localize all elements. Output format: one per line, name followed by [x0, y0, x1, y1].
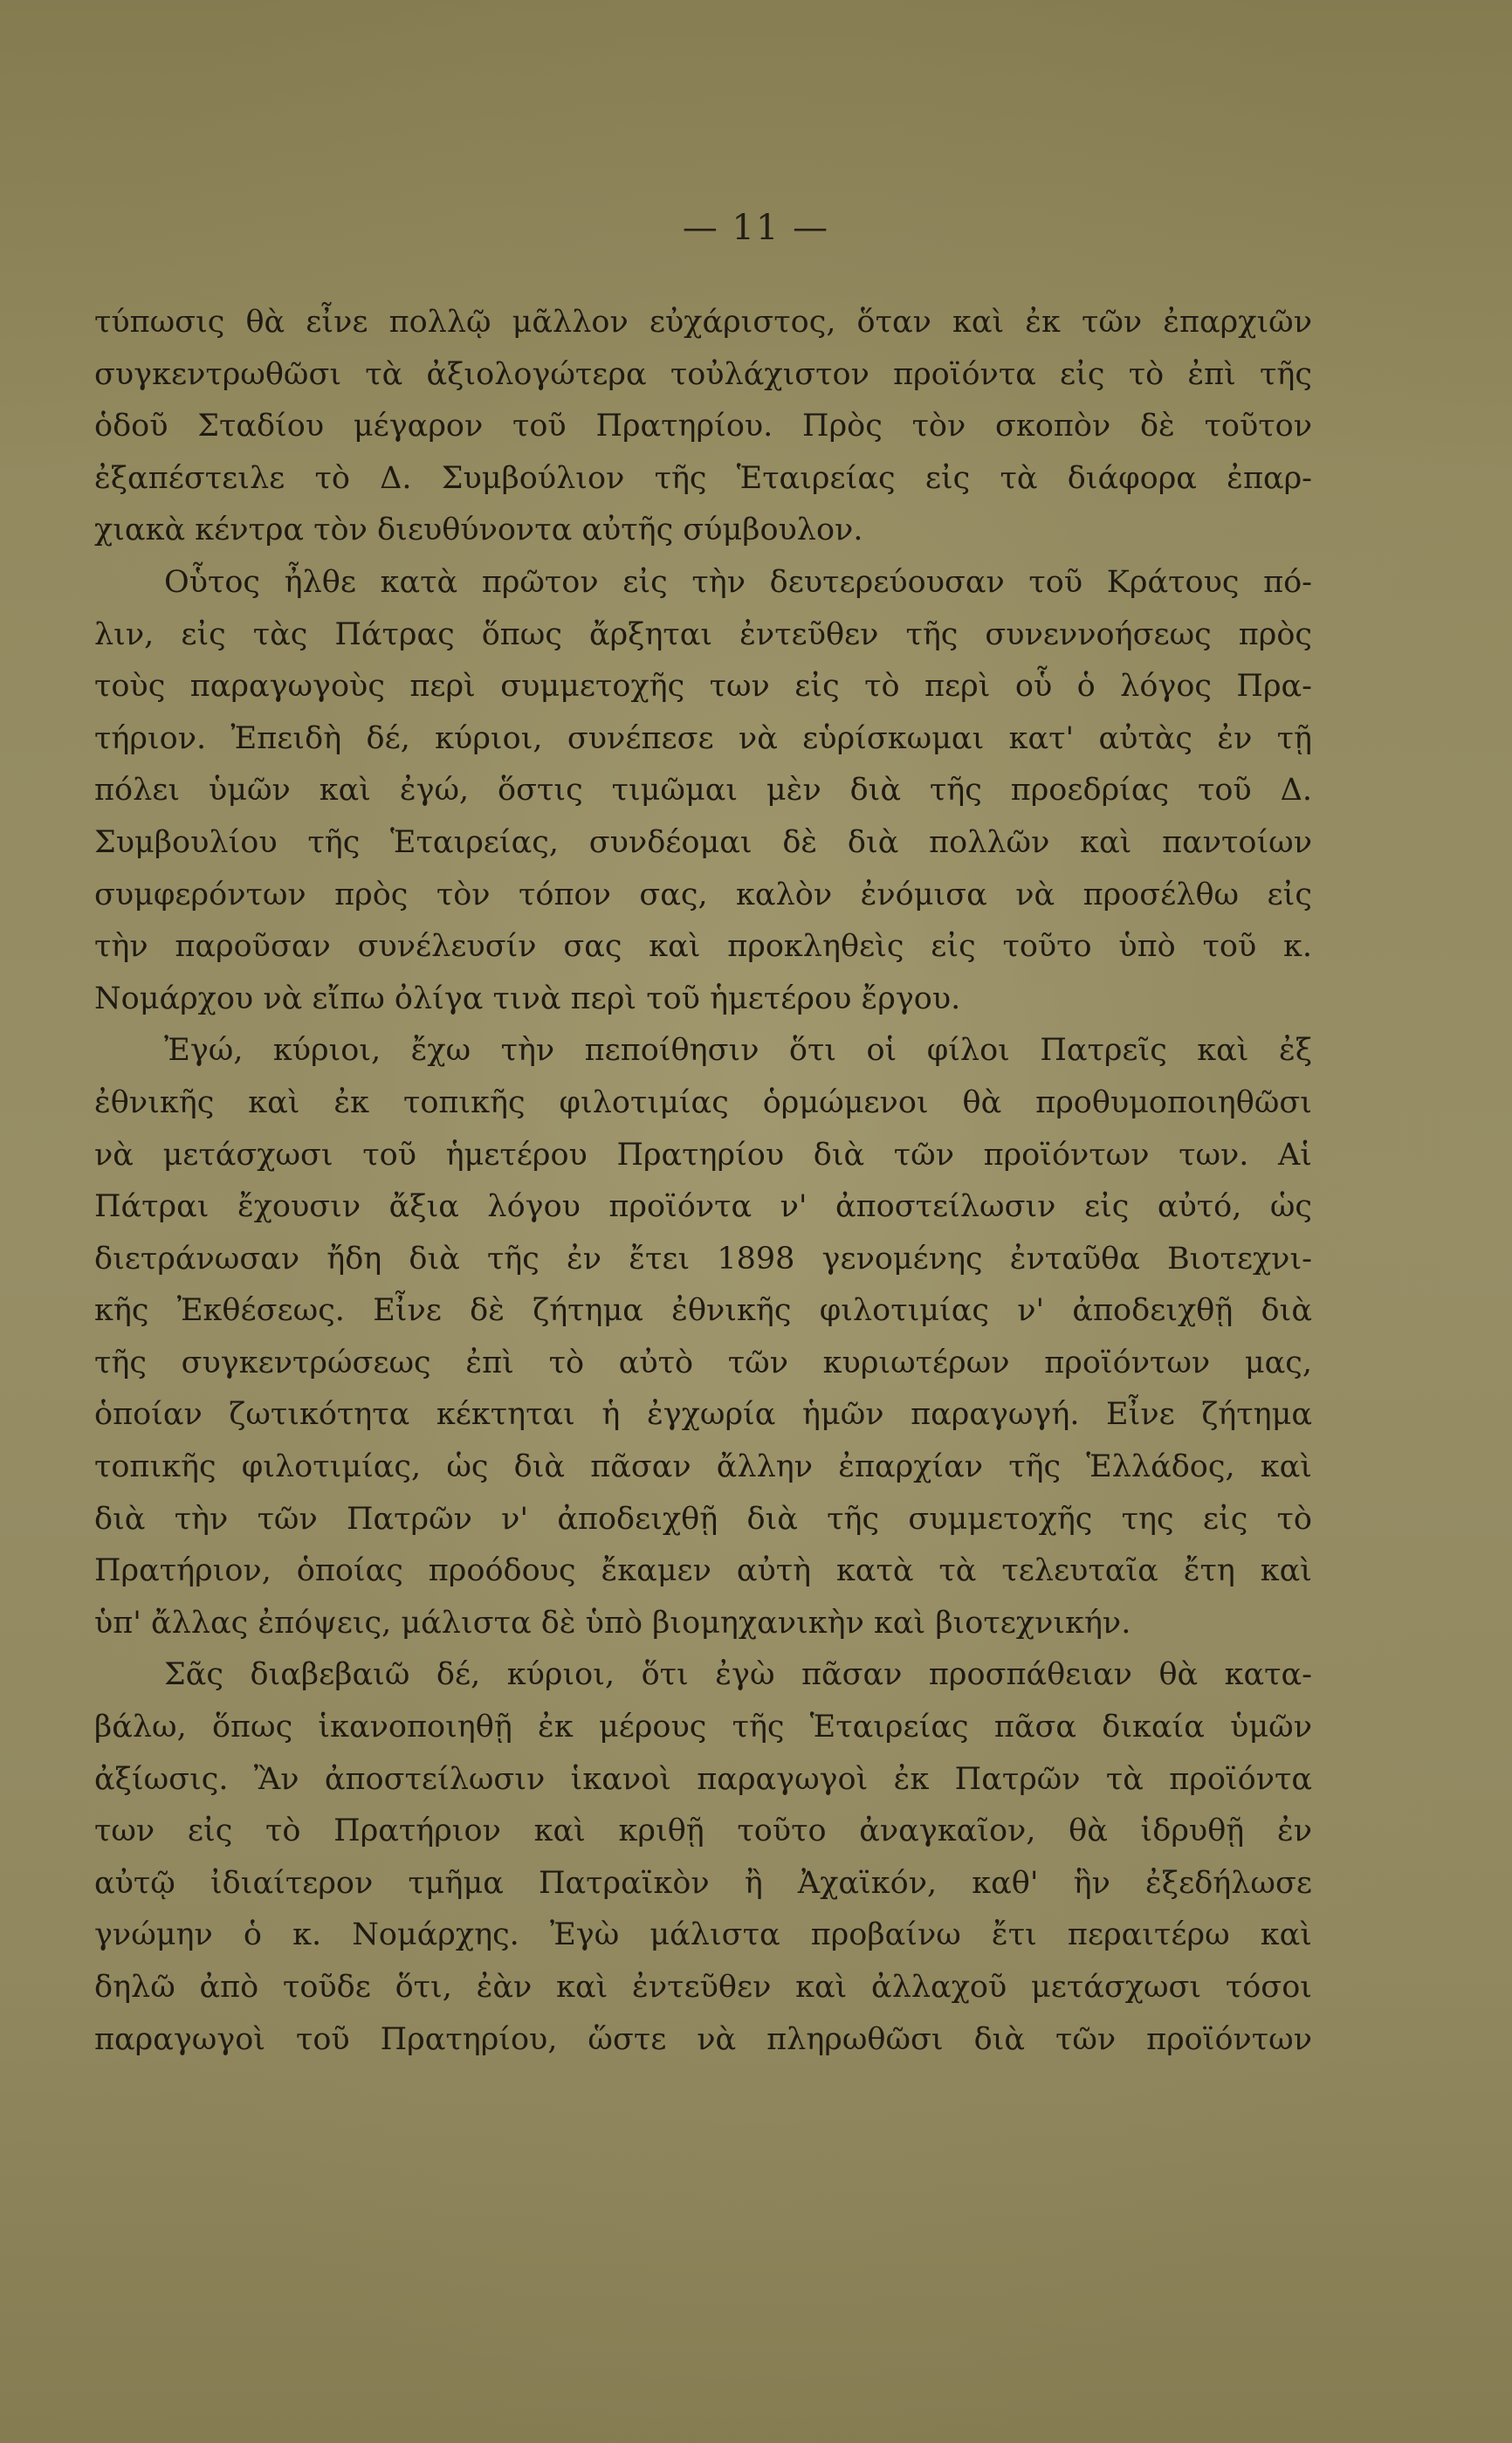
- text-line: ὁδοῦ Σταδίου μέγαρον τοῦ Πρατηρίου. Πρὸς…: [94, 401, 1312, 453]
- text-line: ἀξίωσις. Ἂν ἀποστείλωσιν ἱκανοὶ παραγωγο…: [94, 1754, 1312, 1806]
- text-line: τῆς συγκεντρώσεως ἐπὶ τὸ αὐτὸ τῶν κυριωτ…: [94, 1338, 1312, 1390]
- text-line: Σᾶς διαβεβαιῶ δέ, κύριοι, ὅτι ἐγὼ πᾶσαν …: [94, 1649, 1312, 1702]
- text-line: λιν, εἰς τὰς Πάτρας ὅπως ἄρξηται ἐντεῦθε…: [94, 609, 1312, 662]
- paragraph-3: Ἐγώ, κύριοι, ἔχω τὴν πεποίθησιν ὅτι οἱ φ…: [94, 1025, 1312, 1649]
- text-line: παραγωγοὶ τοῦ Πρατηρίου, ὥστε νὰ πληρωθῶ…: [94, 2014, 1312, 2067]
- text-line: τύπωσις θὰ εἶνε πολλῷ μᾶλλον εὐχάριστος,…: [94, 297, 1312, 349]
- text-line: συγκεντρωθῶσι τὰ ἀξιολογώτερα τοὐλάχιστο…: [94, 349, 1312, 402]
- text-line: γνώμην ὁ κ. Νομάρχης. Ἐγὼ μάλιστα προβαί…: [94, 1910, 1312, 1962]
- text-line: Ἐγώ, κύριοι, ἔχω τὴν πεποίθησιν ὅτι οἱ φ…: [94, 1025, 1312, 1077]
- text-line: Πρατήριον, ὁποίας προόδους ἔκαμεν αὐτὴ κ…: [94, 1545, 1312, 1598]
- text-line: κῆς Ἐκθέσεως. Εἶνε δὲ ζήτημα ἐθνικῆς φιλ…: [94, 1285, 1312, 1338]
- text-line: ἐθνικῆς καὶ ἐκ τοπικῆς φιλοτιμίας ὁρμώμε…: [94, 1077, 1312, 1130]
- text-line: ὁποίαν ζωτικότητα κέκτηται ἡ ἐγχωρία ἡμῶ…: [94, 1389, 1312, 1442]
- text-line: νὰ μετάσχωσι τοῦ ἡμετέρου Πρατηρίου διὰ …: [94, 1130, 1312, 1182]
- text-line: πόλει ὑμῶν καὶ ἐγώ, ὅστις τιμῶμαι μὲν δι…: [94, 765, 1312, 817]
- text-line: Συμβουλίου τῆς Ἑταιρείας, συνδέομαι δὲ δ…: [94, 817, 1312, 870]
- text-line: τήριον. Ἐπειδὴ δέ, κύριοι, συνέπεσε νὰ ε…: [94, 713, 1312, 766]
- text-line: τοὺς παραγωγοὺς περὶ συμμετοχῆς των εἰς …: [94, 661, 1312, 713]
- text-line: των εἰς τὸ Πρατήριον καὶ κριθῇ τοῦτο ἀνα…: [94, 1806, 1312, 1858]
- scanned-page: — 11 — τύπωσις θὰ εἶνε πολλῷ μᾶλλον εὐχά…: [0, 0, 1512, 2443]
- text-line: ἐξαπέστειλε τὸ Δ. Συμβούλιον τῆς Ἑταιρεί…: [94, 453, 1312, 506]
- text-line: δηλῶ ἀπὸ τοῦδε ὅτι, ἐὰν καὶ ἐντεῦθεν καὶ…: [94, 1962, 1312, 2014]
- text-line: διὰ τὴν τῶν Πατρῶν ν' ἀποδειχθῇ διὰ τῆς …: [94, 1494, 1312, 1546]
- text-line: ὑπ' ἄλλας ἐπόψεις, μάλιστα δὲ ὑπὸ βιομηχ…: [94, 1598, 1312, 1650]
- text-line: διετράνωσαν ἤδη διὰ τῆς ἐν ἔτει 1898 γεν…: [94, 1234, 1312, 1286]
- paragraph-4: Σᾶς διαβεβαιῶ δέ, κύριοι, ὅτι ἐγὼ πᾶσαν …: [94, 1649, 1312, 2066]
- text-line: Οὗτος ἦλθε κατὰ πρῶτον εἰς τὴν δευτερεύο…: [94, 557, 1312, 609]
- body-text: τύπωσις θὰ εἶνε πολλῷ μᾶλλον εὐχάριστος,…: [94, 297, 1312, 2066]
- text-line: Πάτραι ἔχουσιν ἄξια λόγου προϊόντα ν' ἀπ…: [94, 1181, 1312, 1234]
- text-line: χιακὰ κέντρα τὸν διευθύνοντα αὐτῆς σύμβο…: [94, 505, 1312, 557]
- paragraph-2: Οὗτος ἦλθε κατὰ πρῶτον εἰς τὴν δευτερεύο…: [94, 557, 1312, 1025]
- text-line: βάλω, ὅπως ἱκανοποιηθῇ ἐκ μέρους τῆς Ἑτα…: [94, 1702, 1312, 1754]
- paragraph-1: τύπωσις θὰ εἶνε πολλῷ μᾶλλον εὐχάριστος,…: [94, 297, 1312, 557]
- text-line: συμφερόντων πρὸς τὸν τόπον σας, καλὸν ἐν…: [94, 870, 1312, 922]
- text-line: τοπικῆς φιλοτιμίας, ὡς διὰ πᾶσαν ἄλλην ἐ…: [94, 1442, 1312, 1494]
- text-line: τὴν παροῦσαν συνέλευσίν σας καὶ προκληθε…: [94, 921, 1312, 974]
- page-number: — 11 —: [0, 208, 1512, 248]
- text-line: αὐτῷ ἰδιαίτερον τμῆμα Πατραϊκὸν ἢ Ἀχαϊκό…: [94, 1858, 1312, 1910]
- text-line: Νομάρχου νὰ εἴπω ὀλίγα τινὰ περὶ τοῦ ἡμε…: [94, 974, 1312, 1026]
